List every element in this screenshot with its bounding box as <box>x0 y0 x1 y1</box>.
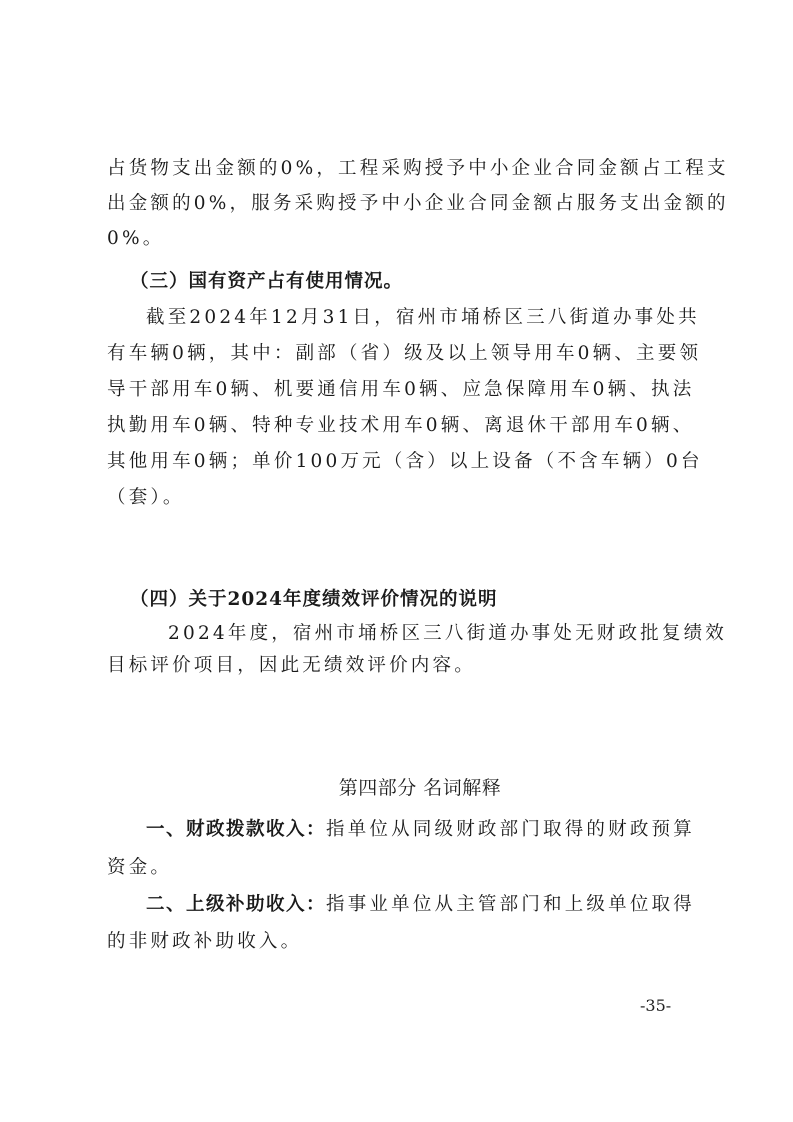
paragraph-line: 目标评价项目，因此无绩效评价内容。 <box>107 654 693 678</box>
definition-text: 指事业单位从主管部门和上级单位取得 <box>326 894 695 915</box>
paragraph-line: 导干部用车0辆、机要通信用车0辆、应急保障用车0辆、执法 <box>107 378 693 402</box>
paragraph-line: 截至2024年12月31日，宿州市埇桥区三八街道办事处共 <box>146 306 693 330</box>
paragraph-line: （套）。 <box>107 486 693 510</box>
paragraph-line: 2024年度，宿州市埇桥区三八街道办事处无财政批复绩效 <box>168 622 693 646</box>
paragraph-line: 执勤用车0辆、特种专业技术用车0辆、离退休干部用车0辆、 <box>107 414 693 438</box>
paragraph-line: 0%。 <box>107 227 693 251</box>
paragraph-line: 其他用车0辆；单价100万元（含）以上设备（不含车辆）0台 <box>107 450 693 474</box>
definition-superior-subsidy: 二、上级补助收入：指事业单位从主管部门和上级单位取得 <box>146 893 693 917</box>
definition-financial-appropriation: 一、财政拨款收入：指单位从同级财政部门取得的财政预算 <box>146 818 693 842</box>
definition-text: 指单位从同级财政部门取得的财政预算 <box>326 819 695 840</box>
document-page: 占货物支出金额的0%，工程采购授予中小企业合同金额占工程支 出金额的0%，服务采… <box>0 0 793 1122</box>
paragraph-line: 的非财政补助收入。 <box>107 930 693 954</box>
definition-term: 一、财政拨款收入： <box>146 819 326 840</box>
paragraph-line: 出金额的0%，服务采购授予中小企业合同金额占服务支出金额的 <box>107 192 693 216</box>
paragraph-line: 有车辆0辆，其中：副部（省）级及以上领导用车0辆、主要领 <box>107 342 693 366</box>
paragraph-line: 占货物支出金额的0%，工程采购授予中小企业合同金额占工程支 <box>107 157 693 181</box>
paragraph-line: 资金。 <box>107 856 693 880</box>
definition-term: 二、上级补助收入： <box>146 894 326 915</box>
part-title: 第四部分 名词解释 <box>0 773 793 800</box>
section-heading-assets: （三）国有资产占有使用情况。 <box>130 270 403 294</box>
page-number: -35- <box>640 996 671 1015</box>
section-heading-performance: （四）关于2024年度绩效评价情况的说明 <box>130 588 498 612</box>
